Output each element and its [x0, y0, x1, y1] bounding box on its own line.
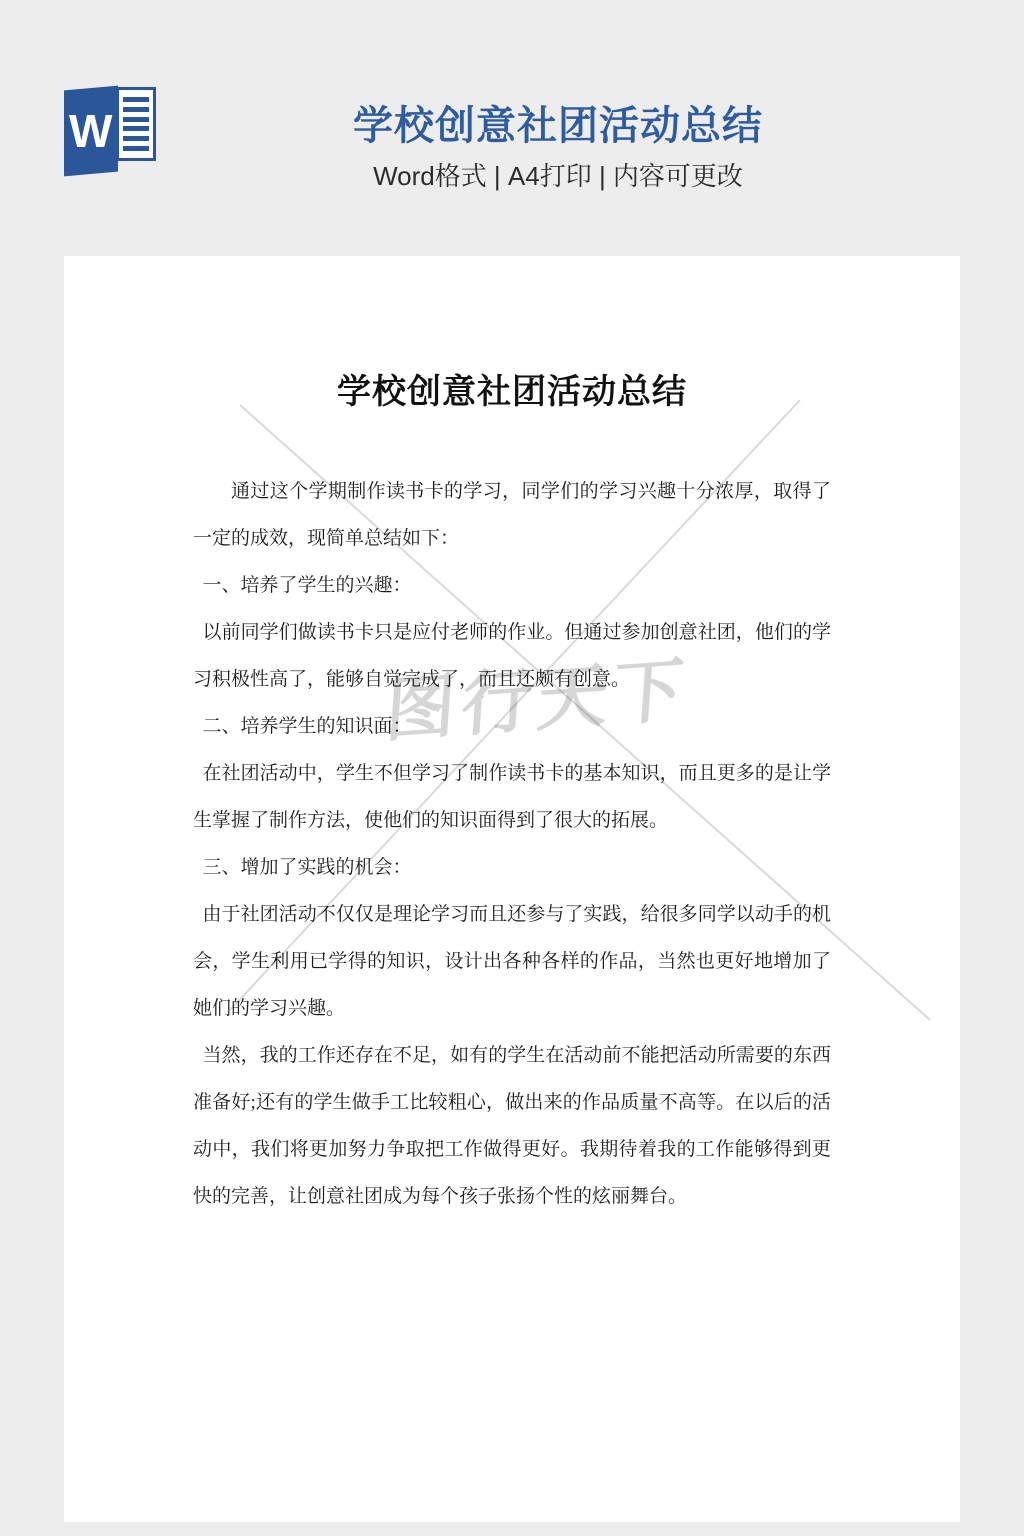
paragraph: 三、增加了实践的机会： [193, 844, 831, 891]
paragraph: 以前同学们做读书卡只是应付老师的作业。但通过参加创意社团，他们的学习积极性高了，… [193, 609, 831, 703]
header-title: 学校创意社团活动总结 [0, 94, 1024, 151]
document-body: 通过这个学期制作读书卡的学习，同学们的学习兴趣十分浓厚，取得了一定的成效，现简单… [193, 468, 831, 1220]
document-page: 图行天下 学校创意社团活动总结 通过这个学期制作读书卡的学习，同学们的学习兴趣十… [64, 256, 960, 1522]
paragraph: 当然，我的工作还存在不足，如有的学生在活动前不能把活动所需要的东西准备好;还有的… [193, 1032, 831, 1220]
paragraph: 通过这个学期制作读书卡的学习，同学们的学习兴趣十分浓厚，取得了一定的成效，现简单… [193, 468, 831, 562]
paragraph: 二、培养学生的知识面： [193, 703, 831, 750]
header-subtitle: Word格式 | A4打印 | 内容可更改 [0, 156, 1024, 193]
paragraph: 在社团活动中，学生不但学习了制作读书卡的基本知识，而且更多的是让学生掌握了制作方… [193, 750, 831, 844]
header: W 学校创意社团活动总结 Word格式 | A4打印 | 内容可更改 [0, 0, 1024, 256]
paragraph: 由于社团活动不仅仅是理论学习而且还参与了实践，给很多同学以动手的机会，学生利用已… [193, 891, 831, 1032]
document-title: 学校创意社团活动总结 [64, 256, 960, 413]
paragraph: 一、培养了学生的兴趣： [193, 562, 831, 609]
